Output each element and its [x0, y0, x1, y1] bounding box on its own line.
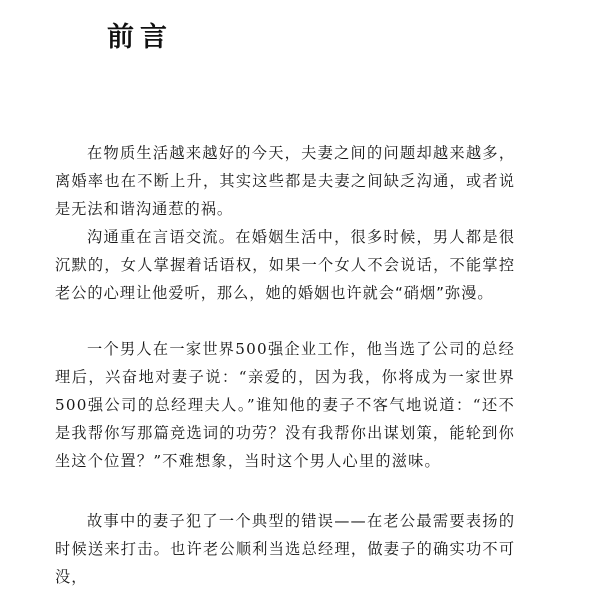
document-page: 前言 在物质生活越来越好的今天，夫妻之间的问题却越来越多，离婚率也在不断上升，其…: [0, 0, 602, 609]
page-title: 前言: [107, 20, 173, 56]
paragraph-1: 在物质生活越来越好的今天，夫妻之间的问题却越来越多，离婚率也在不断上升，其实这些…: [55, 139, 515, 223]
paragraph-4: 故事中的妻子犯了一个典型的错误——在老公最需要表扬的时候送来打击。也许老公顺利当…: [55, 507, 515, 591]
paragraph-3-story: 一个男人在一家世界500强企业工作，他当选了公司的总经理后，兴奋地对妻子说：“亲…: [55, 335, 515, 475]
paragraph-2: 沟通重在言语交流。在婚姻生活中，很多时候，男人都是很沉默的，女人掌握着话语权，如…: [55, 223, 515, 307]
